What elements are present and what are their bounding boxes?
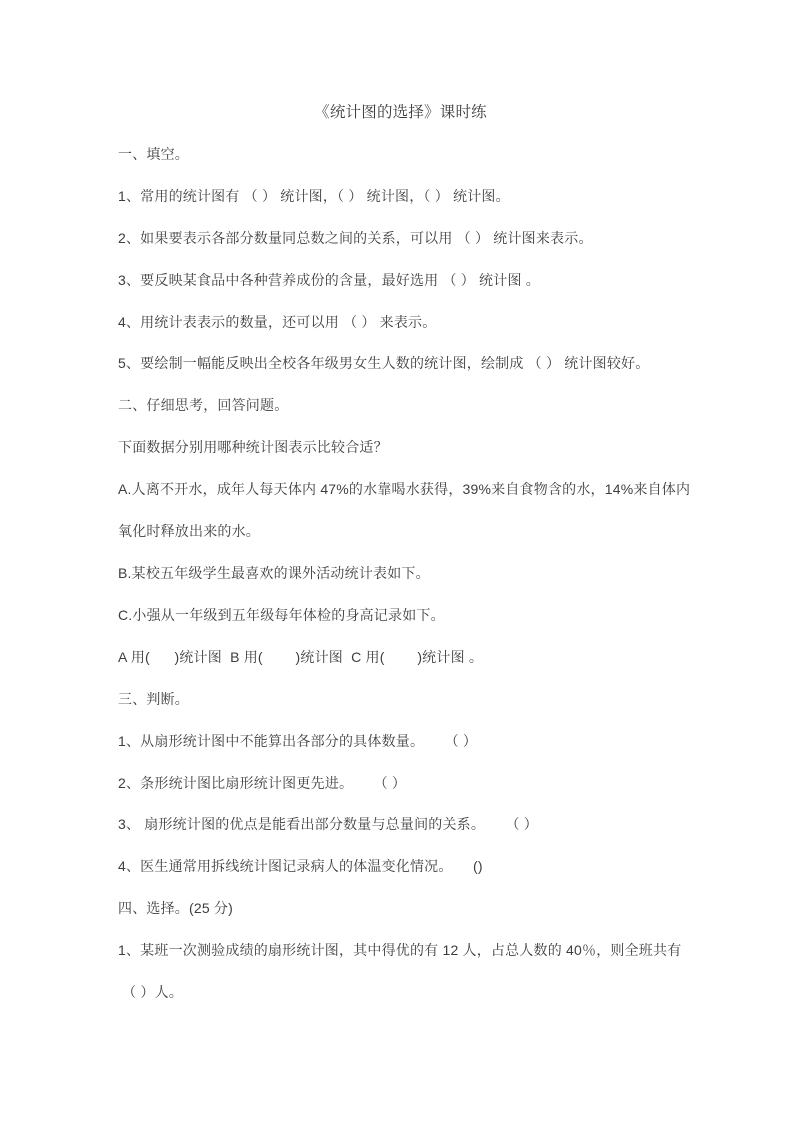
fill-question-2: 2、如果要表示各部分数量同总数之间的关系，可以用 （ ） 统计图来表示。	[118, 218, 683, 260]
think-item-a-line2: 氧化时释放出来的水。	[118, 511, 683, 553]
section-fill-blanks-heading: 一、填空。	[118, 134, 683, 176]
fill-question-1: 1、常用的统计图有 （ ） 统计图，（ ） 统计图，（ ） 统计图。	[118, 176, 683, 218]
choice-question-1-line1: 1、某班一次测验成绩的扇形统计图，其中得优的有 12 人，占总人数的 40％，则…	[118, 930, 683, 972]
worksheet-content: 《统计图的选择》课时练 一、填空。 1、常用的统计图有 （ ） 统计图，（ ） …	[0, 0, 793, 1014]
fill-question-3: 3、要反映某食品中各种营养成份的含量，最好选用 （ ） 统计图 。	[118, 260, 683, 302]
judge-question-3: 3、 扇形统计图的优点是能看出部分数量与总量间的关系。 （ ）	[118, 804, 683, 846]
choice-question-1-line2: （ ）人。	[118, 972, 683, 1014]
think-answer-line: A 用( )统计图 B 用( )统计图 C 用( )统计图 。	[118, 637, 683, 679]
fill-question-5: 5、要绘制一幅能反映出全校各年级男女生人数的统计图，绘制成 （ ） 统计图较好。	[118, 343, 683, 385]
page-title: 《统计图的选择》课时练	[118, 92, 683, 134]
judge-question-4: 4、医生通常用拆线统计图记录病人的体温变化情况。 ()	[118, 846, 683, 888]
think-item-a-line1: A.人离不开水，成年人每天体内 47%的水靠喝水获得，39%来自食物含的水，14…	[118, 469, 683, 511]
think-item-c: C.小强从一年级到五年级每年体检的身高记录如下。	[118, 595, 683, 637]
judge-question-1: 1、从扇形统计图中不能算出各部分的具体数量。 （ ）	[118, 721, 683, 763]
worksheet-page: 《统计图的选择》课时练 一、填空。 1、常用的统计图有 （ ） 统计图，（ ） …	[0, 0, 793, 1122]
fill-question-4: 4、用统计表表示的数量，还可以用 （ ） 来表示。	[118, 302, 683, 344]
section-choice-heading: 四、选择。(25 分)	[118, 888, 683, 930]
section-think-heading: 二、仔细思考，回答问题。	[118, 385, 683, 427]
think-intro: 下面数据分别用哪种统计图表示比较合适？	[118, 427, 683, 469]
section-judge-heading: 三、判断。	[118, 679, 683, 721]
think-item-b: B.某校五年级学生最喜欢的课外活动统计表如下。	[118, 553, 683, 595]
judge-question-2: 2、条形统计图比扇形统计图更先进。 （ ）	[118, 763, 683, 805]
